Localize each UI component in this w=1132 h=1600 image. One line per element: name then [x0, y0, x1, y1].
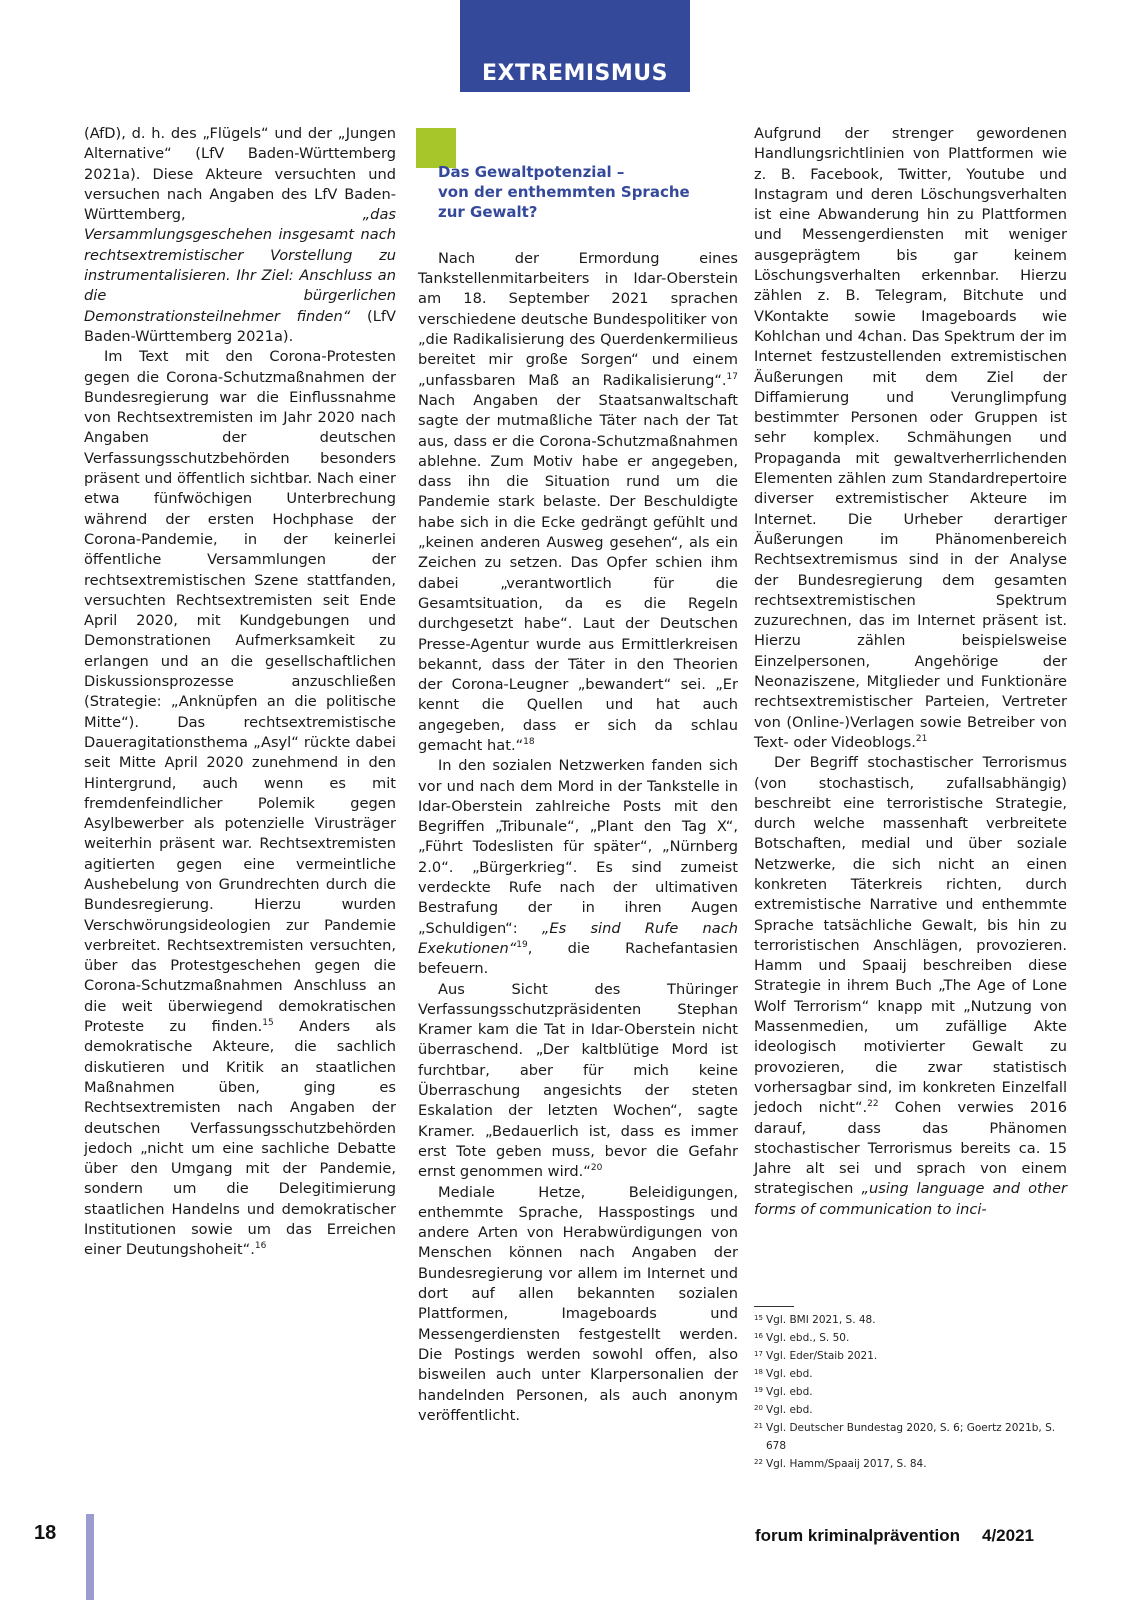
footnote-item: 16Vgl. ebd., S. 50. [754, 1329, 1074, 1347]
paragraph: Aufgrund der strenger gewordenen Handlun… [754, 124, 1067, 753]
footnote-item: 20Vgl. ebd. [754, 1401, 1074, 1419]
section-title: EXTREMISMUS [460, 61, 690, 86]
footnote-ref: 18 [523, 737, 534, 747]
article-column-3: Aufgrund der strenger gewordenen Handlun… [754, 124, 1067, 1220]
text-run: Der Begriff stochastischer Terrorismus (… [754, 754, 1067, 1116]
footnote-ref: 17 [727, 372, 738, 382]
paragraph: (AfD), d. h. des „Flügels“ und der „Jung… [84, 124, 396, 347]
heading-line-1: Das Gewaltpotenzial – [438, 162, 738, 182]
page-number: 18 [34, 1522, 56, 1545]
heading-line-3: zur Gewalt? [438, 202, 738, 222]
text-run: (AfD), d. h. des „Flügels“ und der „Jung… [84, 125, 396, 223]
text-run: Mediale Hetze, Beleidigungen, enthemmte … [418, 1184, 738, 1424]
text-run: Im Text mit den Corona-Protesten gegen d… [84, 348, 396, 1035]
footnote-number: 18 [754, 1365, 766, 1383]
footer-magazine: forum kriminalprävention4/2021 [755, 1526, 1034, 1546]
footnote-item: 22Vgl. Hamm/Spaaij 2017, S. 84. [754, 1455, 1074, 1473]
footer-accent-bar [86, 1514, 94, 1600]
footnote-number: 22 [754, 1455, 766, 1473]
issue-number: 4/2021 [982, 1526, 1034, 1545]
article-column-2: Das Gewaltpotenzial – von der enthemmten… [418, 124, 738, 1426]
footnote-text: Vgl. Deutscher Bundestag 2020, S. 6; Goe… [766, 1419, 1074, 1455]
footnote-text: Vgl. ebd. [766, 1365, 1074, 1383]
footnote-item: 15Vgl. BMI 2021, S. 48. [754, 1311, 1074, 1329]
subsection-heading: Das Gewaltpotenzial – von der enthemmten… [418, 136, 738, 236]
section-header-block: EXTREMISMUS [460, 0, 690, 92]
text-run: Aus Sicht des Thüringer Verfassungsschut… [418, 981, 738, 1181]
paragraph: Mediale Hetze, Beleidigungen, enthemmte … [418, 1183, 738, 1427]
text-run: Nach der Ermordung eines Tankstellenmita… [418, 250, 738, 389]
paragraph: Der Begriff stochastischer Terrorismus (… [754, 753, 1067, 1220]
text-run: Anders als demokratische Akteure, die sa… [84, 1018, 396, 1258]
footnote-number: 16 [754, 1329, 766, 1347]
text-run: Aufgrund der strenger gewordenen Handlun… [754, 125, 1067, 751]
text-run: In den sozialen Netzwerken fanden sich v… [418, 757, 738, 936]
footnotes: 15Vgl. BMI 2021, S. 48.16Vgl. ebd., S. 5… [754, 1306, 1074, 1473]
magazine-title: forum kriminalprävention [755, 1526, 960, 1545]
footnote-text: Vgl. ebd., S. 50. [766, 1329, 1074, 1347]
heading-line-2: von der enthemmten Sprache [438, 182, 738, 202]
paragraph: In den sozialen Netzwerken fanden sich v… [418, 756, 738, 979]
paragraph: Aus Sicht des Thüringer Verfassungsschut… [418, 980, 738, 1183]
footnote-number: 20 [754, 1401, 766, 1419]
footnote-ref: 22 [867, 1099, 878, 1109]
column-3-text: Aufgrund der strenger gewordenen Handlun… [754, 124, 1067, 1220]
footnote-text: Vgl. ebd. [766, 1401, 1074, 1419]
paragraph: Im Text mit den Corona-Protesten gegen d… [84, 347, 396, 1260]
paragraph: Nach der Ermordung eines Tankstellenmita… [418, 249, 738, 756]
footnote-ref: 19 [516, 940, 527, 950]
footnote-ref: 15 [262, 1018, 273, 1028]
article-column-1: (AfD), d. h. des „Flügels“ und der „Jung… [84, 124, 396, 1261]
footnote-number: 15 [754, 1311, 766, 1329]
footnote-text: Vgl. BMI 2021, S. 48. [766, 1311, 1074, 1329]
footnote-number: 17 [754, 1347, 766, 1365]
footnote-ref: 20 [591, 1163, 602, 1173]
footnote-text: Vgl. Hamm/Spaaij 2017, S. 84. [766, 1455, 1074, 1473]
footnote-item: 19Vgl. ebd. [754, 1383, 1074, 1401]
footnote-ref: 16 [255, 1241, 266, 1251]
footnote-number: 19 [754, 1383, 766, 1401]
footnote-item: 18Vgl. ebd. [754, 1365, 1074, 1383]
footnote-item: 17Vgl. Eder/Staib 2021. [754, 1347, 1074, 1365]
text-run: Nach Angaben der Staatsanwaltschaft sagt… [418, 392, 738, 754]
footnote-divider [754, 1306, 794, 1307]
column-2-text: Nach der Ermordung eines Tankstellenmita… [418, 249, 738, 1426]
column-1-text: (AfD), d. h. des „Flügels“ und der „Jung… [84, 124, 396, 1261]
footnote-ref: 21 [916, 734, 927, 744]
footnote-number: 21 [754, 1419, 766, 1455]
quote-italic: „das Versammlungsgeschehen insgesamt nac… [84, 206, 396, 324]
footnote-text: Vgl. ebd. [766, 1383, 1074, 1401]
footnote-list: 15Vgl. BMI 2021, S. 48.16Vgl. ebd., S. 5… [754, 1311, 1074, 1473]
footnote-item: 21Vgl. Deutscher Bundestag 2020, S. 6; G… [754, 1419, 1074, 1455]
footnote-text: Vgl. Eder/Staib 2021. [766, 1347, 1074, 1365]
